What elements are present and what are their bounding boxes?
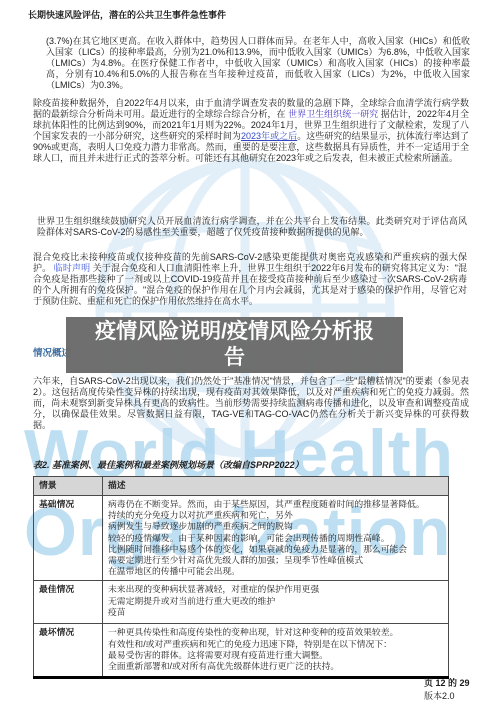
paragraph-encourage-surveys: 世界卫生组织继续鼓励研究人员开展血清流行病学调查，并在公共平台上发布结果。此类研… <box>37 216 467 238</box>
interim-statement-link[interactable]: 临时声明 <box>54 263 90 273</box>
overlay-title: 疫情风险说明/疫情风险分析报告 <box>87 319 383 371</box>
table-row: 基础情况 病毒仍在不断变异。然而，由于某些原因，其严重程度随着时间的推移显著降低… <box>34 496 449 581</box>
page-footer: 页 12 的 29 版本2.0 <box>424 676 470 702</box>
document-page: World Health Organization 长期快速风险评估，潜在的公共… <box>0 0 500 707</box>
paragraph-vaccination-rates: (3.7%)在其它地区更高。在收入群体中，趋势因人口群体而异。在老年人中，高收入… <box>46 36 470 91</box>
header-description: 描述 <box>103 477 449 496</box>
scenario-best-label: 最佳情况 <box>34 581 103 624</box>
scenario-base-label: 基础情况 <box>34 496 103 581</box>
table-row: 最坏情况 一种更具传染性和高度传染性的变种出现，针对这种变种的疫苗效果较差。 有… <box>34 624 449 678</box>
scenario-base-description: 病毒仍在不断变异。然而，由于某些原因，其严重程度随着时间的推移显著降低。 持续的… <box>103 496 449 581</box>
who-unity-study-link[interactable]: 世界卫生组织统一研究 <box>288 109 378 119</box>
table-row: 最佳情况 未来出现的变种病状显著减轻，对重症的保护作用更强 无需定期提升或对当前… <box>34 581 449 624</box>
table-caption: 表2. 基准案例、最佳案例和最差案例规划场景（改编自SPRP2022） <box>33 458 463 471</box>
table-header-row: 情景 描述 <box>34 477 449 496</box>
overlay-title-banner: 疫情风险说明/疫情风险分析报告 <box>66 317 403 373</box>
paragraph-serology: 除疫苗接种数据外，自2022年4月以来，由于血清学调查发表的数量的急剧下降，全球… <box>33 98 469 164</box>
scenario-worst-label: 最坏情况 <box>34 624 103 678</box>
scenario-worst-description: 一种更具传染性和高度传染性的变种出现，针对这种变种的疫苗效果较差。 有效性和/或… <box>103 624 449 678</box>
scenario-best-description: 未来出现的变种病状显著减轻，对重症的保护作用更强 无需定期提升或对当前进行重大更… <box>103 581 449 624</box>
version-label: 版本2.0 <box>424 689 470 702</box>
document-heading: 长期快速风险评估，潜在的公共卫生事件急性事件 <box>28 8 468 21</box>
hybrid-text-b: 关于混合免疫和人口血清阳性率上升，世界卫生组织于2022年6月发布的研究将其定义… <box>33 263 467 306</box>
paragraph-six-years: 六年来，自SARS-CoV-2出现以来，我们仍然处于"基准情况"情景，并包含了一… <box>33 376 469 431</box>
header-scenario: 情景 <box>34 477 103 496</box>
scenario-table: 情景 描述 基础情况 病毒仍在不断变异。然而，由于某些原因，其严重程度随着时间的… <box>33 476 449 679</box>
paragraph-hybrid-immunity: 混合免疫比未接种疫苗或仅接种疫苗的先前SARS-CoV-2感染更能提供对奥密克戎… <box>33 252 467 307</box>
page-number: 页 12 的 29 <box>424 676 470 689</box>
sampling-2023-link[interactable]: 2023年或之后 <box>241 131 297 141</box>
